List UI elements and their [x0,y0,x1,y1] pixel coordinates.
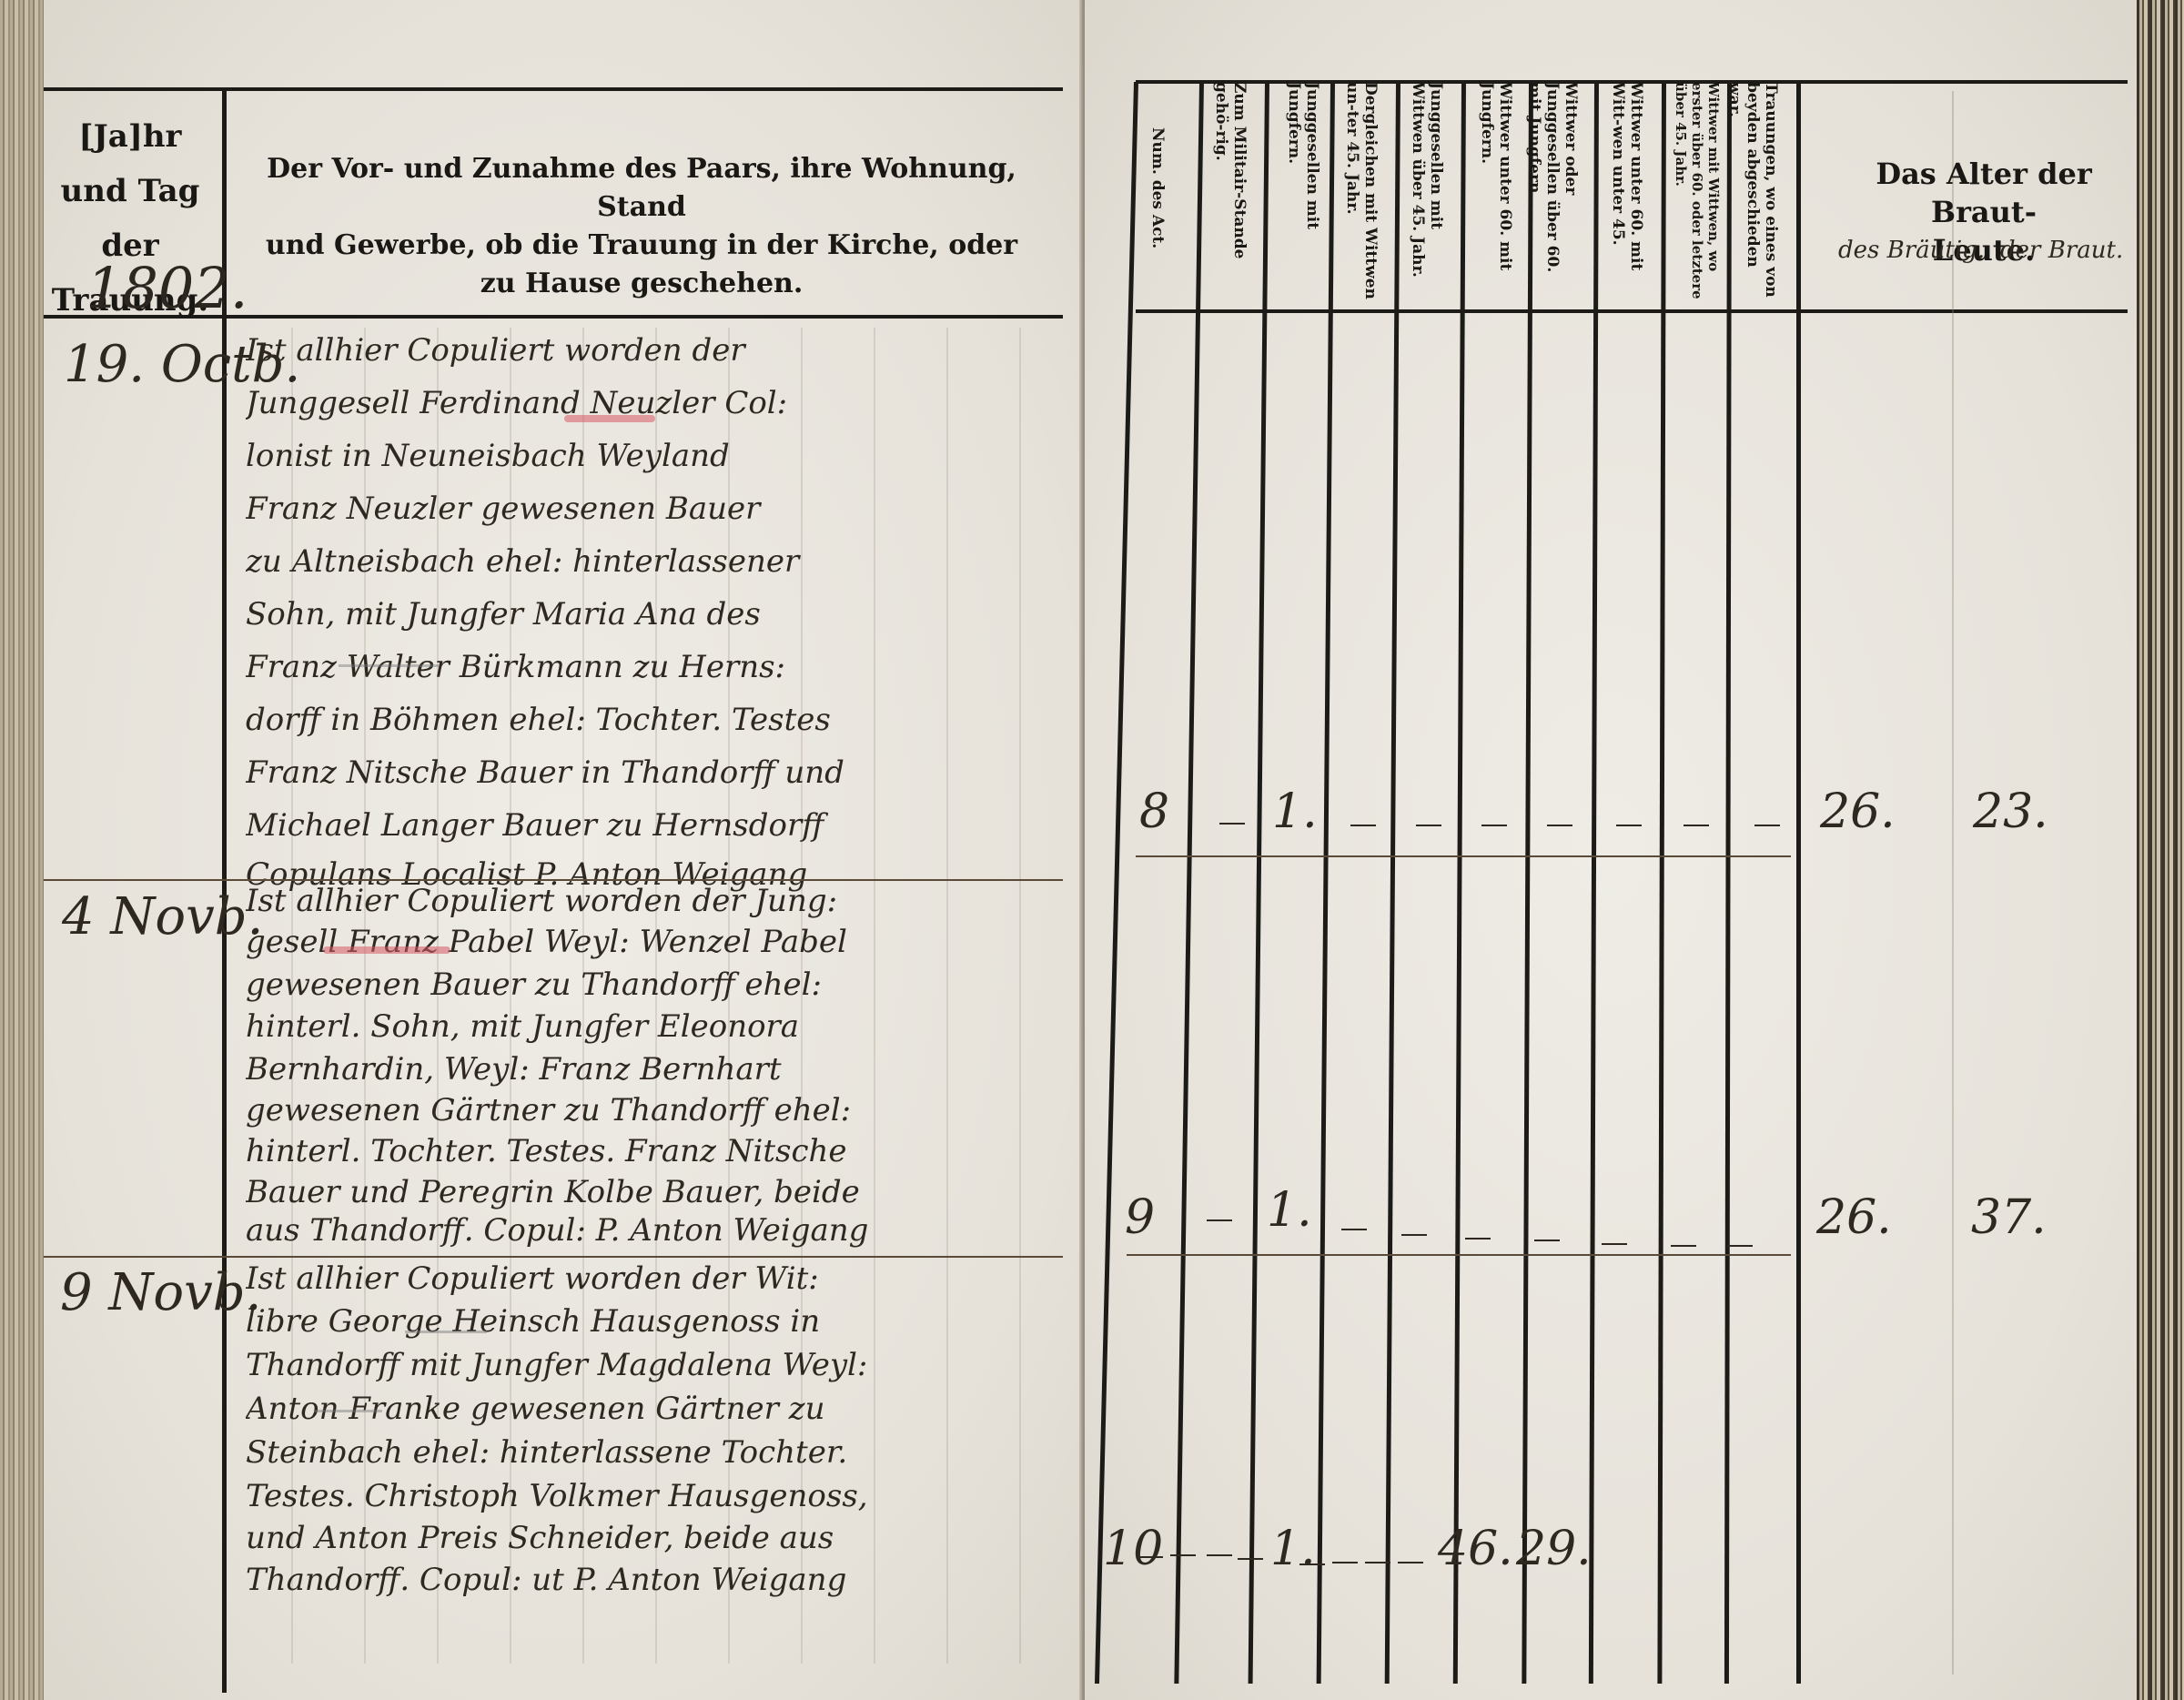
col-header-military: Zum Militair-Stande gehö-rig. [1208,82,1249,305]
row-1-mark [1416,825,1441,826]
entry-2-line: hinterl. Tochter. Testes. Franz Nitsche [246,1133,1046,1169]
row-2-mark [1671,1245,1696,1247]
row-3-mark [1137,1556,1163,1558]
names-header-line-2: und Gewerbe, ob die Trauung in der Kirch… [232,227,1051,265]
row-2-mark [1401,1234,1427,1236]
row-2-mark [1534,1240,1560,1241]
open-register-book: [Ja]hr und Tag der Trauung. 1802. Der Vo… [0,0,2184,1700]
entry-1-line: Ist allhier Copuliert worden der [246,332,1046,369]
entry-2-line: gewesenen Bauer zu Thandorff ehel: [246,966,1046,1003]
col-header-act-number: Num. des Act. [1148,127,1167,350]
row-1-mark [1547,825,1572,826]
register-year: 1802. [86,255,248,321]
row-1-mark [1683,825,1709,826]
entry-2-line: Bernhardin, Weyl: Franz Bernhart [246,1051,1046,1088]
row-2-bride-age: 37. [1971,1190,2047,1245]
entry-3-line: Anton Franke gewesenen Gärtner zu [246,1391,1046,1427]
col-header-bachelor-maiden: Junggesellen mit Jungfern. [1285,82,1321,305]
row-2-mark [1602,1243,1627,1245]
entry-2-line: gewesenen Gärtner zu Thandorff ehel: [246,1092,1046,1128]
date-header-line-1: [Ja]hr und Tag [44,109,217,218]
row-1-mark [1616,825,1642,826]
entry-3-date: 9 Novb. [60,1263,261,1322]
col-header-widower-widow-over: Wittwer mit Wittwen, wo erster über 60. … [1669,82,1722,305]
right-header-bottom-rule [1136,309,2128,313]
row-2-mark [1465,1238,1491,1240]
col-header-bachelor-widow-under-45: Dergleichen mit Wittwen un-ter 45. Jahr. [1340,82,1380,305]
entry-3-line: Testes. Christoph Volkmer Hausgenoss, [246,1478,1046,1514]
entry-3-line: libre George Heinsch Hausgenoss in [246,1303,1046,1340]
entry-2-date: 4 Novb. [62,887,263,946]
row-3-bride-age: 29. [1516,1522,1592,1576]
row-1-mark [1754,825,1780,826]
entry-1-line: Franz Neuzler gewesenen Bauer [246,491,1046,527]
col-header-widower-under-60-maiden: Wittwer unter 60. mit Jungfern. [1474,82,1514,305]
row-3-mark [1238,1558,1263,1560]
row-3-groom-age: 46. [1438,1522,1513,1576]
header-top-rule [44,87,1063,91]
entry-1-line: Franz Nitsche Bauer in Thandorff und [246,754,1046,791]
col-header-divorced: Trauungen, wo eines von beyden abgeschie… [1740,82,1780,305]
row-3-mark [1332,1562,1358,1563]
col-header-widower-widow-under: Wittwer unter 60. mit Witt-wen unter 45. [1605,82,1645,305]
bride-age-subheader: der Braut. [2000,237,2123,264]
book-page-edges-left [0,0,44,1700]
names-header-line-3: zu Hause geschehen. [232,265,1051,303]
col-header-widower-over-60-maiden: Wittwer oder Junggesellen über 60. mit J… [1540,82,1580,305]
age-header-line-1: Das Alter der Braut- [1829,155,2138,231]
row-2-mark-bachelor-maiden: 1. [1267,1183,1312,1238]
row-3-mark-bachelor-widow-over-45: 1. [1270,1522,1316,1576]
age-column-fold [1952,91,1954,1675]
row-1-mark-bachelor-maiden: 1. [1272,784,1318,839]
row-2-groom-age: 26. [1816,1190,1892,1245]
names-column-header: Der Vor- und Zunahme des Paars, ihre Woh… [232,150,1051,303]
row-1-mark [1350,825,1376,826]
pencil-underline-mark [405,1331,487,1333]
row-3-mark [1299,1563,1325,1565]
pencil-underline-mark [314,1410,382,1412]
entry-3-line: Ist allhier Copuliert worden der Wit: [246,1260,1046,1297]
row-3-mark [1365,1562,1390,1563]
entry-3-line: Thandorff mit Jungfer Magdalena Weyl: [246,1347,1046,1383]
row-1-mark-military [1219,823,1245,825]
entry-2-line: Bauer und Peregrin Kolbe Bauer, beide [246,1174,1046,1210]
entry-1-line: Sohn, mit Jungfer Maria Ana des [246,596,1046,632]
row-1-bride-age: 23. [1973,784,2048,839]
entry-2-line: aus Thandorff. Copul: P. Anton Weigang [246,1212,1046,1249]
row-3-act-number: 10 [1103,1522,1163,1576]
entry-3-line: Steinbach ehel: hinterlassene Tochter. [246,1434,1046,1471]
red-underline-mark [564,415,655,422]
names-header-line-1: Der Vor- und Zunahme des Paars, ihre Woh… [232,150,1051,227]
entry-1-line: Franz Walter Bürkmann zu Herns: [246,649,1046,685]
row-2-mark [1727,1245,1753,1247]
row-3-mark-military [1170,1554,1196,1556]
row-2-act-number: 9 [1125,1190,1155,1245]
entry-1-line: Michael Langer Bauer zu Hernsdorff [246,807,1046,844]
row-2-mark [1341,1229,1367,1230]
col-header-bachelor-widow-over-45: Junggesellen mit Wittwen über 45. Jahr. [1405,82,1445,305]
entry-1-line: zu Altneisbach ehel: hinterlassener [246,543,1046,580]
pencil-underline-mark [339,664,439,667]
row-1-act-number: 8 [1139,784,1169,839]
entry-2-line: Ist allhier Copuliert worden der Jung: [246,883,1046,919]
book-page-edges-right [2137,0,2184,1700]
entry-3-line: Thandorff. Copul: ut P. Anton Weigang [246,1562,1046,1598]
groom-age-subheader: des Bräutig. [1838,237,1985,264]
entry-1-line: dorff in Böhmen ehel: Tochter. Testes [246,702,1046,738]
row-1-groom-age: 26. [1820,784,1896,839]
row-3-mark [1398,1562,1423,1563]
row-separator [1127,1254,1791,1256]
red-underline-mark [323,946,450,954]
row-2-mark-military [1207,1219,1232,1221]
entry-2-line: gesell Franz Pabel Weyl: Wenzel Pabel [246,924,1046,960]
row-separator [1136,855,1791,857]
entry-1-line: lonist in Neuneisbach Weyland [246,438,1046,474]
entry-separator [44,879,1063,881]
row-1-mark [1481,825,1507,826]
row-3-mark [1207,1554,1232,1556]
entry-2-line: hinterl. Sohn, mit Jungfer Eleonora [246,1008,1046,1045]
column-divider [1796,82,1801,1684]
entry-3-line: und Anton Preis Schneider, beide aus [246,1520,1046,1556]
entry-separator [44,1256,1063,1258]
